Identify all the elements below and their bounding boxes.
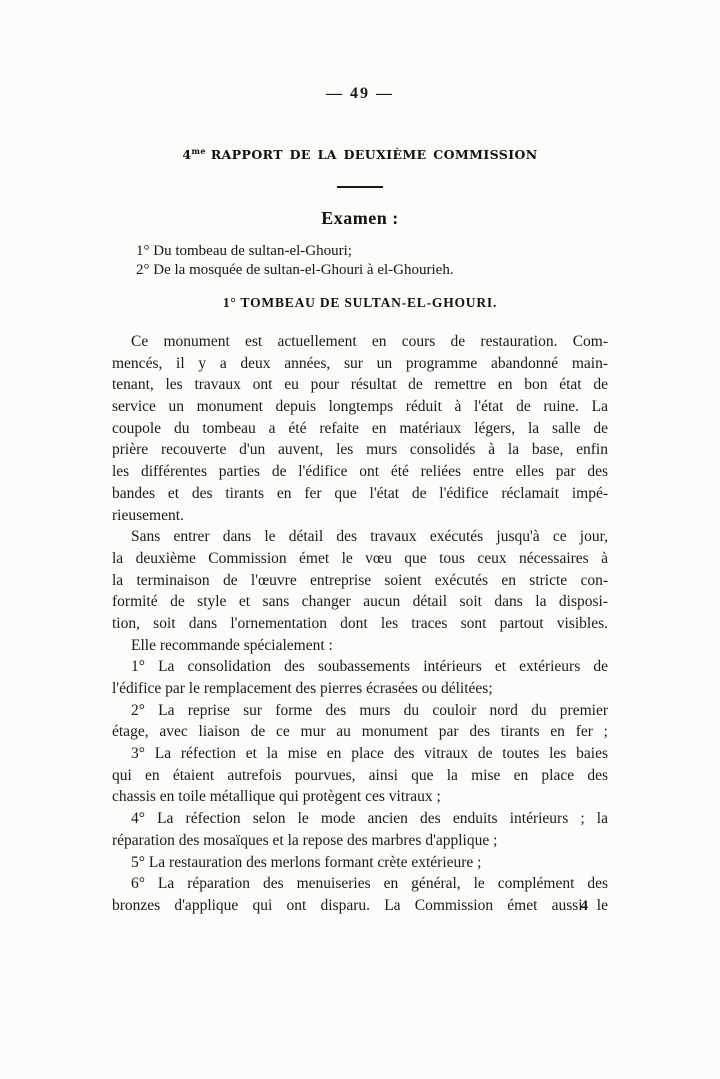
text-line: coupole du tombeau a été refaite en maté… — [112, 418, 608, 440]
text-line: bandes et des tirants en fer que l'état … — [112, 483, 608, 505]
text-line: tion, soit dans l'ornementation dont les… — [112, 613, 608, 635]
text-line: 6° La réparation des menuiseries en géné… — [112, 873, 608, 895]
examen-item: 1° Du tombeau de sultan-el-Ghouri; — [136, 242, 454, 261]
text-line: les différentes parties de l'édifice ont… — [112, 461, 608, 483]
text-line: 1° La consolidation des soubassements in… — [112, 656, 608, 678]
report-title-ordinal-suffix: me — [192, 146, 206, 156]
text-line: prière recouverte d'un auvent, les murs … — [112, 439, 608, 461]
text-line: étage, avec liaison de ce mur au monumen… — [112, 721, 608, 743]
text-line: 2° La reprise sur forme des murs du coul… — [112, 700, 608, 722]
text-line: réparation des mosaïques et la repose de… — [112, 830, 608, 852]
text-line: rieusement. — [112, 505, 608, 527]
body-text: Ce monument est actuellement en cours de… — [112, 331, 608, 917]
text-line: qui en étaient autrefois pourvues, ainsi… — [112, 765, 608, 787]
text-line: service un monument depuis longtemps réd… — [112, 396, 608, 418]
report-title-numeral: 4 — [182, 147, 191, 162]
text-line: la terminaison de l'œuvre entreprise soi… — [112, 570, 608, 592]
text-line: Elle recommande spécialement : — [112, 635, 608, 657]
text-line: formité de style et sans changer aucun d… — [112, 591, 608, 613]
text-line: tenant, les travaux ont eu pour résultat… — [112, 374, 608, 396]
document-page: — 49 — 4meRAPPORT DE LA DEUXIÈME COMMISS… — [0, 0, 720, 1079]
section-heading: 1° TOMBEAU DE SULTAN-EL-GHOURI. — [0, 295, 720, 311]
text-line: Ce monument est actuellement en cours de… — [112, 331, 608, 353]
examen-item: 2° De la mosquée de sultan-el-Ghouri à e… — [136, 261, 454, 280]
text-line: 3° La réfection et la mise en place des … — [112, 743, 608, 765]
page-number: — 49 — — [0, 85, 720, 103]
examen-list: 1° Du tombeau de sultan-el-Ghouri; 2° De… — [136, 242, 454, 279]
report-title: 4meRAPPORT DE LA DEUXIÈME COMMISSION — [0, 146, 720, 162]
text-line: 5° La restauration des merlons formant c… — [112, 852, 608, 874]
text-line: Sans entrer dans le détail des travaux e… — [112, 526, 608, 548]
examen-heading: Examen : — [0, 208, 720, 229]
report-title-text: RAPPORT DE LA DEUXIÈME COMMISSION — [211, 147, 538, 162]
text-line: l'édifice par le remplacement des pierre… — [112, 678, 608, 700]
signature-mark: 4 — [112, 898, 608, 915]
text-line: la deuxième Commission émet le vœu que t… — [112, 548, 608, 570]
text-line: mencés, il y a deux années, sur un progr… — [112, 353, 608, 375]
text-line: 4° La réfection selon le mode ancien des… — [112, 808, 608, 830]
title-divider-rule — [337, 186, 383, 188]
text-line: chassis en toile métallique qui protègen… — [112, 786, 608, 808]
